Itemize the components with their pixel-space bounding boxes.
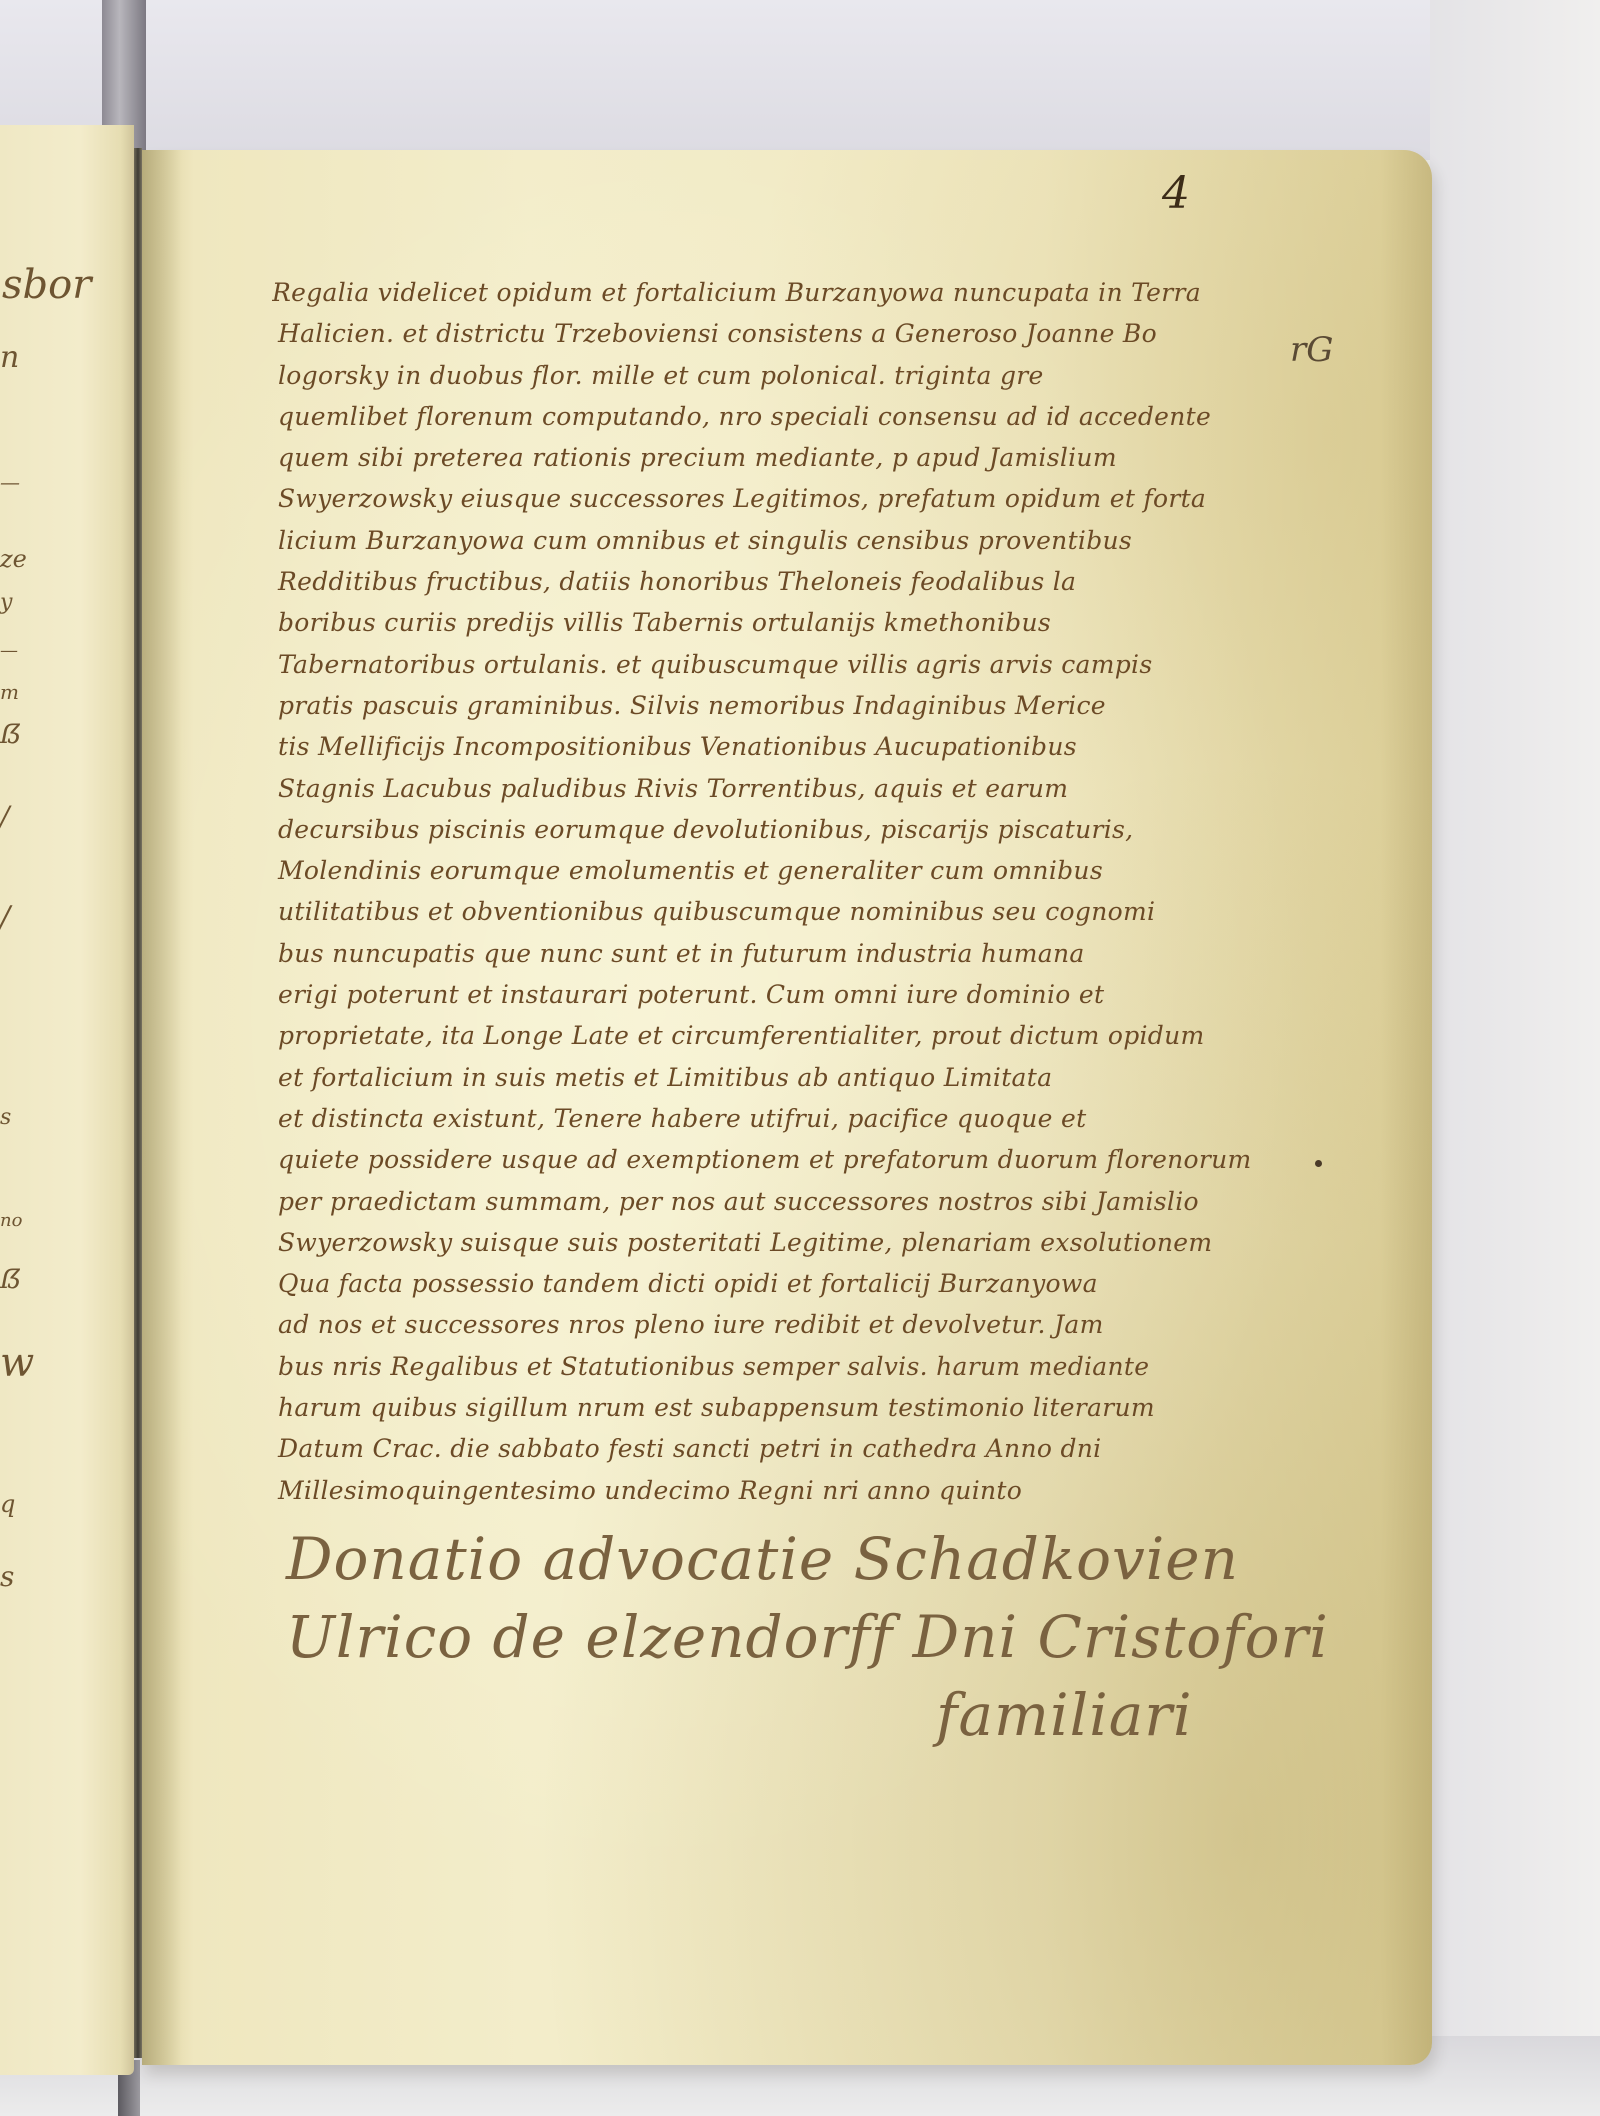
text-line: Halicien. et districtu Trzeboviensi cons… xyxy=(272,313,1292,354)
left-page-fragment: — xyxy=(0,470,20,494)
text-line: Swyerzowsky eiusque successores Legitimo… xyxy=(272,478,1292,519)
left-page-fragment: ẞ xyxy=(0,1265,22,1295)
margin-note: rG xyxy=(1290,330,1333,370)
left-page-fragment: no xyxy=(0,1210,22,1231)
text-line: erigi poterunt et instaurari poterunt. C… xyxy=(272,974,1292,1015)
left-page-fragment: m xyxy=(0,680,19,704)
heading-line: Donatio advocatie Schadkovien xyxy=(286,1520,1336,1598)
left-page-fragment: / xyxy=(0,800,9,833)
text-line: per praedictam summam, per nos aut succe… xyxy=(272,1181,1292,1222)
text-line: quiete possidere usque ad exemptionem et… xyxy=(272,1139,1292,1180)
folio-number: 4 xyxy=(1162,168,1190,219)
left-page-fragment: w xyxy=(0,1340,34,1386)
text-line: pratis pascuis graminibus. Silvis nemori… xyxy=(272,685,1292,726)
scan-background-right xyxy=(1430,0,1600,2116)
book-gutter xyxy=(134,148,142,2058)
ink-dot-mark xyxy=(1315,1160,1322,1167)
text-line: Stagnis Lacubus paludibus Rivis Torrenti… xyxy=(272,768,1292,809)
text-line: Redditibus fructibus, datiis honoribus T… xyxy=(272,561,1292,602)
text-line: licium Burzanyowa cum omnibus et singuli… xyxy=(272,520,1292,561)
charter-body-text: Regalia videlicet opidum et fortalicium … xyxy=(272,272,1292,1511)
text-line: Molendinis eorumque emolumentis et gener… xyxy=(272,850,1292,891)
left-page-fragment: ẞ xyxy=(0,720,22,750)
text-line: bus nris Regalibus et Statutionibus semp… xyxy=(272,1346,1292,1387)
left-page-verso xyxy=(0,125,134,2075)
text-line: Millesimoquingentesimo undecimo Regni nr… xyxy=(272,1470,1292,1511)
text-line: Regalia videlicet opidum et fortalicium … xyxy=(272,272,1292,313)
text-line: ad nos et successores nros pleno iure re… xyxy=(272,1304,1292,1345)
text-line: et fortalicium in suis metis et Limitibu… xyxy=(272,1057,1292,1098)
left-page-fragment: ze xyxy=(0,545,27,573)
left-page-fragment: s xyxy=(0,1105,11,1130)
left-page-fragment: n xyxy=(0,340,19,375)
heading-line: familiari xyxy=(286,1676,1336,1754)
text-line: boribus curiis predijs villis Tabernis o… xyxy=(272,602,1292,643)
text-line: et distincta existunt, Tenere habere uti… xyxy=(272,1098,1292,1139)
text-line: bus nuncupatis que nunc sunt et in futur… xyxy=(272,933,1292,974)
scan-background-top xyxy=(0,0,1600,160)
text-line: quemlibet florenum computando, nro speci… xyxy=(272,396,1292,437)
heading-line: Ulrico de elzendorff Dni Cristofori xyxy=(286,1598,1336,1676)
left-page-fragment: y xyxy=(0,590,12,615)
text-line: harum quibus sigillum nrum est subappens… xyxy=(272,1387,1292,1428)
left-page-fragment: sbor xyxy=(2,262,91,308)
text-line: utilitatibus et obventionibus quibuscumq… xyxy=(272,891,1292,932)
page-binding-shadow xyxy=(142,150,182,2065)
text-line: Qua facta possessio tandem dicti opidi e… xyxy=(272,1263,1292,1304)
rubric-heading: Donatio advocatie Schadkovien Ulrico de … xyxy=(286,1520,1336,1754)
left-page-fragment: — xyxy=(0,640,18,661)
text-line: quem sibi preterea rationis precium medi… xyxy=(272,437,1292,478)
text-line: Datum Crac. die sabbato festi sancti pet… xyxy=(272,1428,1292,1469)
left-page-fragment: q xyxy=(0,1490,15,1518)
left-page-fragment: / xyxy=(0,900,10,935)
text-line: decursibus piscinis eorumque devolutioni… xyxy=(272,809,1292,850)
text-line: logorsky in duobus flor. mille et cum po… xyxy=(272,355,1292,396)
text-line: tis Mellificijs Incompositionibus Venati… xyxy=(272,726,1292,767)
text-line: Swyerzowsky suisque suis posteritati Leg… xyxy=(272,1222,1292,1263)
text-line: proprietate, ita Longe Late et circumfer… xyxy=(272,1015,1292,1056)
text-line: Tabernatoribus ortulanis. et quibuscumqu… xyxy=(272,644,1292,685)
left-page-fragment: s xyxy=(0,1560,14,1593)
